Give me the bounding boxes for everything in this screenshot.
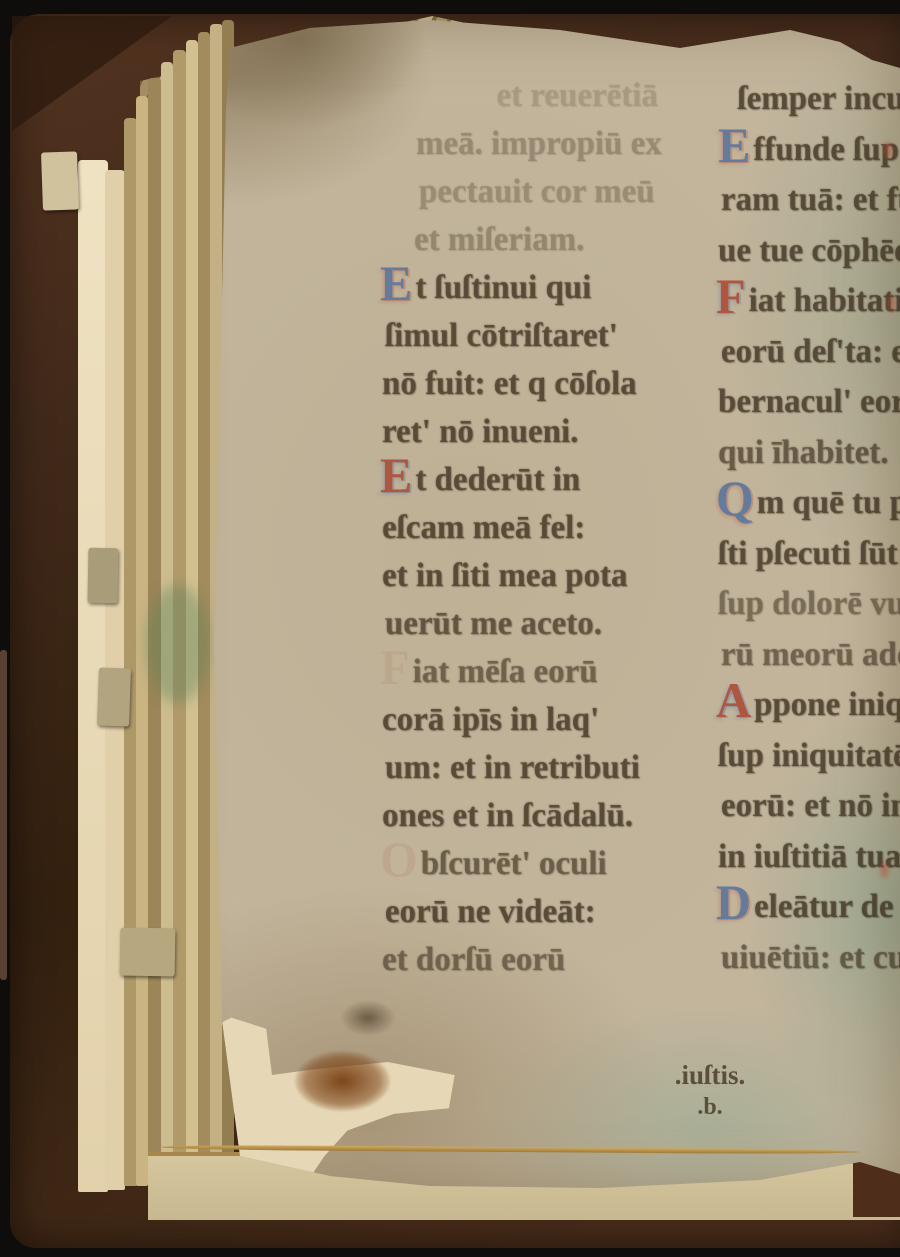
illuminated-initial: E xyxy=(380,460,412,490)
line-text: uiuētiū: et cum xyxy=(721,939,900,976)
text-line: Et ſuſtinui qui xyxy=(380,264,660,312)
text-line: et miſeriam. xyxy=(382,216,662,264)
line-text: nō fuit: et q cōſola xyxy=(382,365,637,402)
text-line: uerūt me aceto. xyxy=(385,600,665,648)
line-text: bernacul' eorū ſu xyxy=(718,383,900,420)
line-text: ones et in ſcādalū. xyxy=(382,797,633,834)
line-text: et miſeriam. xyxy=(414,221,584,258)
brown-stain xyxy=(295,1051,390,1111)
illuminated-initial: E xyxy=(380,268,412,298)
manuscript-page: et reuerētiāmeā. impropiū expectauit cor… xyxy=(150,16,900,1196)
line-text: m quē tu pcuſſi xyxy=(757,484,900,521)
red-margin-mark xyxy=(884,142,893,158)
line-text: eorū ne videāt: xyxy=(385,893,596,930)
line-text: uerūt me aceto. xyxy=(385,605,602,642)
text-line: ſup iniquitatē xyxy=(718,731,900,782)
line-text: eleātur de libro xyxy=(754,888,900,925)
text-line: ram tuā: et furor xyxy=(721,175,900,226)
text-line: ſti pſecuti ſūt: et xyxy=(718,529,900,580)
line-text: ram tuā: et furor xyxy=(721,181,900,218)
text-line: ret' nō inueni. xyxy=(382,408,662,456)
edge-stain xyxy=(146,585,210,703)
fore-edge-tab xyxy=(88,548,119,604)
line-text: ffunde ſup eos i xyxy=(753,131,900,168)
line-text: iat mēſa eorū xyxy=(413,653,598,690)
text-line: Fiat habitatio q. xyxy=(716,276,900,327)
line-text: rū meorū addiderūt xyxy=(721,636,900,673)
line-text: et in ſiti mea pota xyxy=(382,557,627,594)
line-text: ſup dolorē vulne xyxy=(718,585,900,622)
line-text: bſcurēt' oculi xyxy=(421,845,607,882)
text-line: pectauit cor meū xyxy=(385,168,665,216)
line-text: ſti pſecuti ſūt: et xyxy=(718,535,900,572)
text-line: ones et in ſcādalū. xyxy=(382,792,662,840)
text-line: ſimul cōtriſtaret' xyxy=(385,312,665,360)
red-margin-mark xyxy=(887,295,896,311)
line-text: meā. impropiū ex xyxy=(416,125,662,162)
text-line: et dorſū eorū xyxy=(382,936,662,984)
line-text: iat habitatio q. xyxy=(749,282,900,319)
fore-edge-tab xyxy=(41,151,79,210)
text-line: uiuētiū: et cum xyxy=(721,933,900,984)
illuminated-initial: O xyxy=(380,844,418,874)
text-line: eſcam meā fel: xyxy=(382,504,662,552)
fore-edge-tab xyxy=(97,667,131,726)
catchword-block: .iuſtis. .b. xyxy=(620,1058,800,1122)
text-line: Deleātur de libro xyxy=(716,882,900,933)
line-text: ret' nō inueni. xyxy=(382,413,578,450)
text-line: et in ſiti mea pota xyxy=(382,552,662,600)
text-line: et reuerētiā xyxy=(380,72,660,120)
text-line: eorū: et nō intrēt xyxy=(721,781,900,832)
text-line: Et dederūt in xyxy=(380,456,660,504)
text-line: Appone iniqtatē xyxy=(716,680,900,731)
text-line: um: et in retributi xyxy=(385,744,665,792)
text-line: meā. impropiū ex xyxy=(382,120,662,168)
illuminated-initial: Q xyxy=(716,483,754,513)
illuminated-initial: F xyxy=(380,652,410,682)
text-line: corā ipīs in laq' xyxy=(382,696,662,744)
text-line: eorū deſ'ta: et in ta xyxy=(721,327,900,378)
fore-edge-tab xyxy=(120,928,176,977)
line-text: ſup iniquitatē xyxy=(718,737,900,774)
quire-signature: .b. xyxy=(620,1092,800,1122)
line-text: in iuſtitiā tuam. xyxy=(718,838,900,875)
text-column-right: ſemper incurua.Effunde ſup eos iram tuā:… xyxy=(718,74,900,983)
text-line: ſup dolorē vulne xyxy=(718,579,900,630)
illuminated-initial: D xyxy=(716,887,751,917)
line-text: eorū deſ'ta: et in ta xyxy=(721,333,900,370)
text-line: bernacul' eorū ſu xyxy=(718,377,900,428)
text-column-left: et reuerētiāmeā. impropiū expectauit cor… xyxy=(382,72,662,984)
manuscript-photo: et reuerētiāmeā. impropiū expectauit cor… xyxy=(0,0,900,1257)
illuminated-initial: E xyxy=(718,130,750,160)
line-text: corā ipīs in laq' xyxy=(382,701,599,738)
line-text: ue tue cōphēdat eo xyxy=(718,232,900,269)
line-text: t ſuſtinui qui xyxy=(415,269,591,306)
text-line: Effunde ſup eos i xyxy=(718,125,900,176)
text-line: eorū ne videāt: xyxy=(385,888,665,936)
illuminated-initial: F xyxy=(716,281,746,311)
catchword: .iuſtis. xyxy=(620,1058,800,1092)
text-line: nō fuit: et q cōſola xyxy=(382,360,662,408)
line-text: et reuerētiā xyxy=(496,77,657,114)
line-text: et dorſū eorū xyxy=(382,941,565,978)
line-text: ſemper incurua. xyxy=(737,80,900,117)
red-margin-mark xyxy=(880,862,889,878)
text-line: Obſcurēt' oculi xyxy=(380,840,660,888)
line-text: eſcam meā fel: xyxy=(382,509,585,546)
line-text: ſimul cōtriſtaret' xyxy=(385,317,618,354)
line-text: pectauit cor meū xyxy=(419,173,655,210)
clasp-remnant xyxy=(0,650,7,980)
illuminated-initial: A xyxy=(716,685,751,715)
line-text: qui īhabitet. xyxy=(718,434,888,471)
line-text: ppone iniqtatē xyxy=(754,686,900,723)
line-text: eorū: et nō intrēt xyxy=(721,787,900,824)
line-text: t dederūt in xyxy=(415,461,580,498)
line-text: um: et in retributi xyxy=(385,749,640,786)
text-line: Fiat mēſa eorū xyxy=(380,648,660,696)
text-line: Qm quē tu pcuſſi xyxy=(716,478,900,529)
